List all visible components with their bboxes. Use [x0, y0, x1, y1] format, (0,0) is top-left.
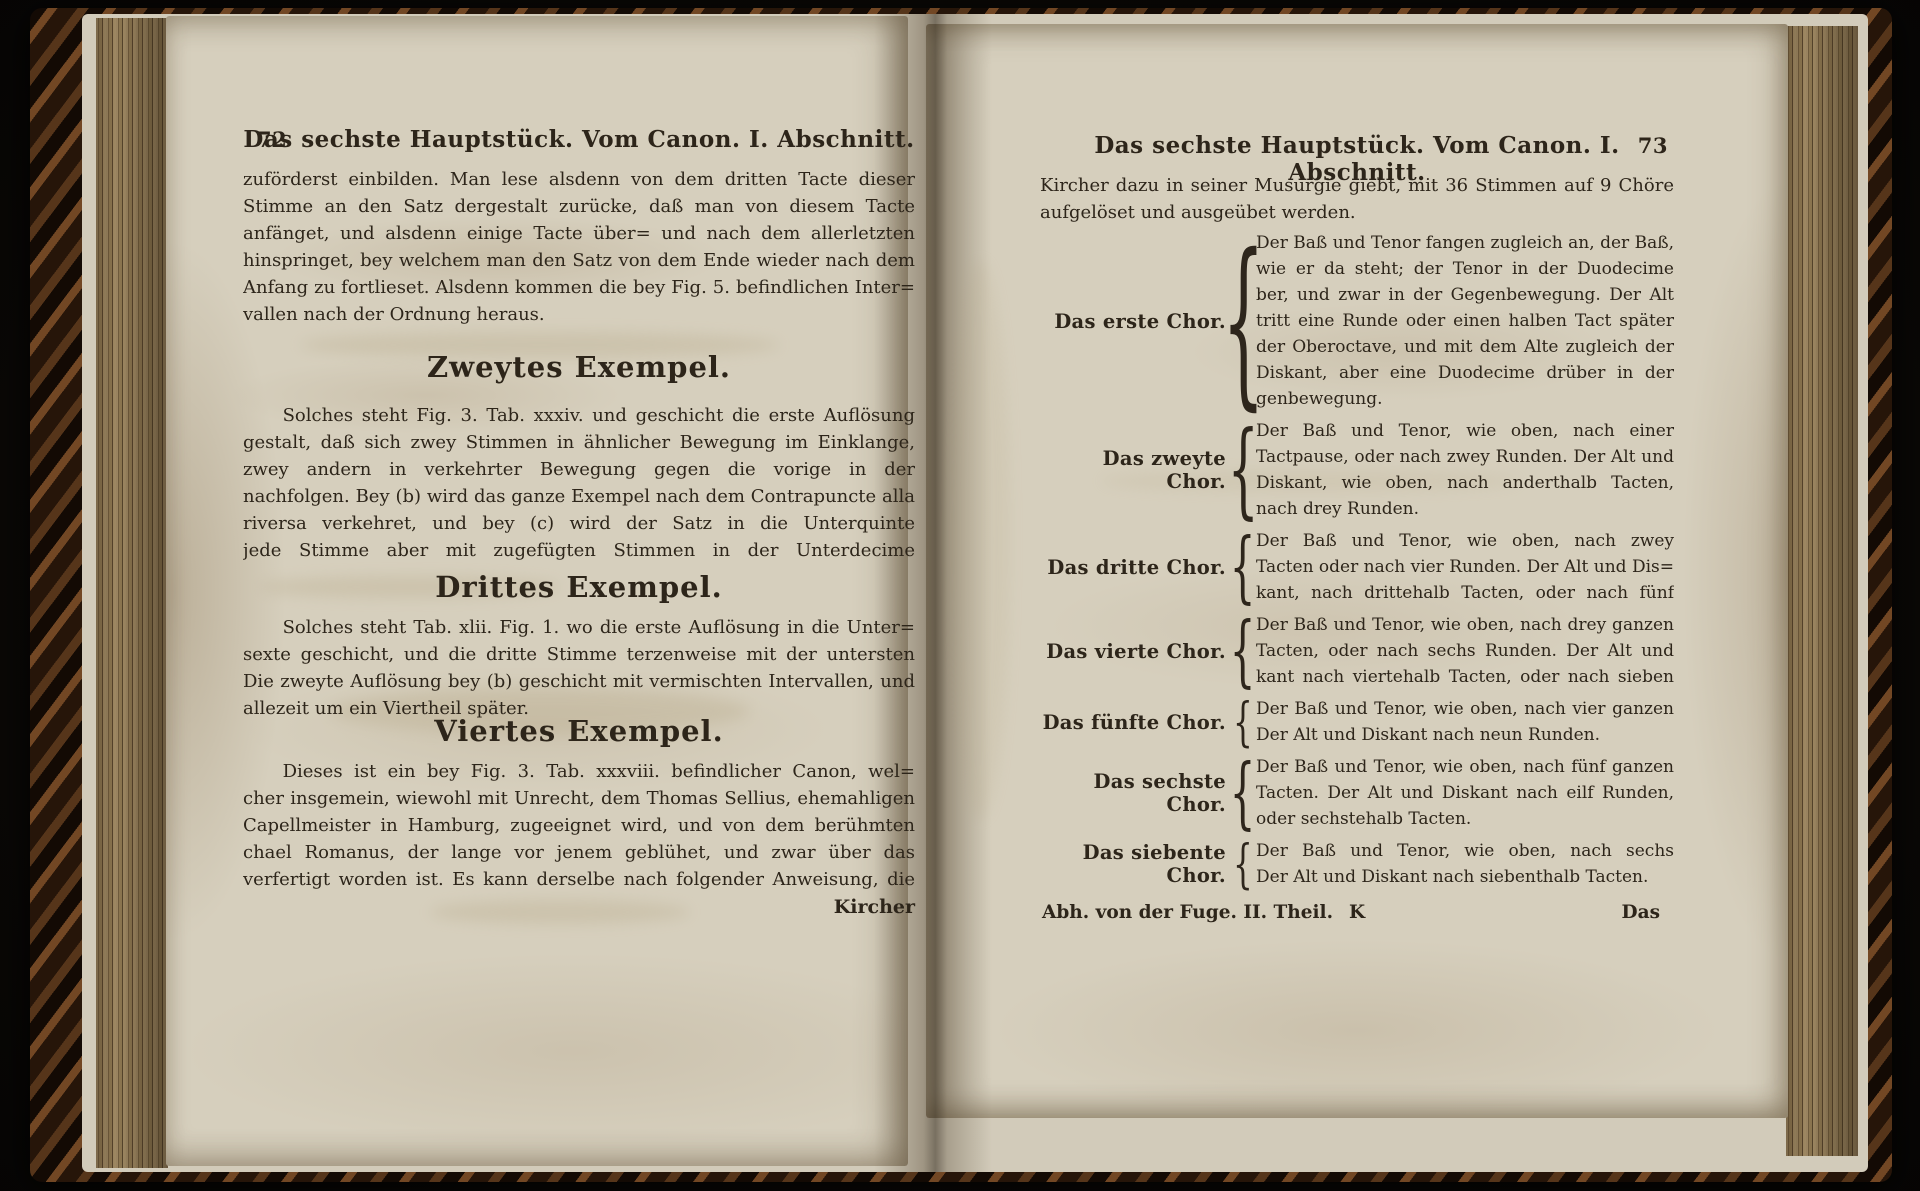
- text-line: Diskant, wie oben, nach anderthalb Tacte…: [1256, 470, 1674, 496]
- brace-icon: {: [1230, 530, 1256, 604]
- chor-label-4: Das vierte Chor.: [1040, 640, 1230, 663]
- text-line: anfänget, und alsdenn einige Tacte über=…: [243, 220, 915, 247]
- section-viertes-paragraph: Dieses ist ein bey Fig. 3. Tab. xxxviii.…: [243, 758, 915, 893]
- text-line: Tacten oder nach vier Runden. Der Alt un…: [1256, 554, 1674, 580]
- text-line: Solches steht Tab. xlii. Fig. 1. wo die …: [243, 614, 915, 641]
- text-line: sexte geschicht, und die dritte Stimme t…: [243, 641, 915, 668]
- text-line: wie er da steht; der Tenor in der Duodec…: [1256, 256, 1674, 282]
- text-line: Anfang zu fortlieset. Alsdenn kommen die…: [243, 274, 915, 301]
- text-line: kant nach viertehalb Tacten, oder nach s…: [1256, 664, 1674, 690]
- chor-table: Das erste Chor. { Der Baß und Tenor fang…: [1040, 230, 1674, 896]
- chor-text-3: Der Baß und Tenor, wie oben, nach zwey g…: [1256, 528, 1674, 606]
- text-line: Stimme an den Satz dergestalt zurücke, d…: [243, 193, 915, 220]
- text-line: nachfolgen. Bey (b) wird das ganze Exemp…: [243, 483, 915, 510]
- text-line: Diskant, aber eine Duodecime drüber in d…: [1256, 360, 1674, 386]
- text-line: hinspringet, bey welchem man den Satz vo…: [243, 247, 915, 274]
- page-edges-right: [1786, 26, 1858, 1156]
- text-line: chael Romanus, der lange vor jenem geblü…: [243, 839, 915, 866]
- text-line: cher insgemein, wiewohl mit Unrecht, dem…: [243, 785, 915, 812]
- text-line: genbewegung.: [1256, 386, 1674, 412]
- brace-icon: {: [1230, 237, 1256, 405]
- chor-label-5: Das fünfte Chor.: [1040, 711, 1230, 734]
- text-line: verfertigt worden ist. Es kann derselbe …: [243, 866, 915, 893]
- right-page-text-column: Das sechste Hauptstück. Vom Canon. I. Ab…: [1040, 0, 1674, 54]
- chor-label-3: Das dritte Chor.: [1040, 556, 1230, 579]
- chor-text-7: Der Baß und Tenor, wie oben, nach sechs …: [1256, 838, 1674, 890]
- text-line: riversa verkehret, und bey (c) wird der …: [243, 510, 915, 537]
- text-line: Tacten, oder nach sechs Runden. Der Alt …: [1256, 638, 1674, 664]
- footer-volume-title: Abh. von der Fuge. II. Theil.: [1042, 902, 1333, 923]
- chor-label-6: Das sechste Chor.: [1040, 770, 1230, 816]
- footer-signature-mark: K: [1349, 902, 1365, 923]
- text-line: Der Baß und Tenor, wie oben, nach vier g…: [1256, 696, 1674, 722]
- chor-row-6: Das sechste Chor. { Der Baß und Tenor, w…: [1040, 754, 1674, 832]
- brace-icon: {: [1230, 614, 1256, 688]
- chor-text-6: Der Baß und Tenor, wie oben, nach fünf g…: [1256, 754, 1674, 832]
- text-line: Capellmeister in Hamburg, zugeeignet wir…: [243, 812, 915, 839]
- text-line: tritt eine Runde oder einen halben Tact …: [1256, 308, 1674, 334]
- text-line: vallen nach der Ordnung heraus.: [243, 301, 915, 328]
- section-heading-drittes: Drittes Exempel.: [243, 570, 915, 604]
- text-line: Kircher dazu in seiner Musurgie giebt, m…: [1040, 172, 1674, 199]
- text-line: jede Stimme aber mit zugefügten Stimmen …: [243, 537, 915, 564]
- text-line: zwey andern in verkehrter Bewegung gegen…: [243, 456, 915, 483]
- text-line: Der Baß und Tenor, wie oben, nach drey g…: [1256, 612, 1674, 638]
- text-line: aufgelöset und ausgeübet werden.: [1040, 199, 1674, 226]
- brace-icon: {: [1230, 421, 1256, 519]
- chor-text-1: Der Baß und Tenor fangen zugleich an, de…: [1256, 230, 1674, 412]
- chor-text-4: Der Baß und Tenor, wie oben, nach drey g…: [1256, 612, 1674, 690]
- left-running-title: Das sechste Hauptstück. Vom Canon. I. Ab…: [243, 126, 914, 153]
- page-edges-left: [96, 18, 168, 1168]
- text-line: Tactpause, oder nach zwey Runden. Der Al…: [1256, 444, 1674, 470]
- section-heading-viertes: Viertes Exempel.: [243, 714, 915, 748]
- brace-icon: {: [1230, 839, 1256, 889]
- text-line: ber, und zwar in der Gegenbewegung. Der …: [1256, 282, 1674, 308]
- left-page-text-column: 72 Das sechste Hauptstück. Vom Canon. I.…: [243, 0, 915, 27]
- text-line: der Oberoctave, und mit dem Alte zugleic…: [1256, 334, 1674, 360]
- brace-icon: {: [1230, 756, 1256, 830]
- section-drittes-paragraph: Solches steht Tab. xlii. Fig. 1. wo die …: [243, 614, 915, 722]
- chor-row-2: Das zweyte Chor. { Der Baß und Tenor, wi…: [1040, 418, 1674, 522]
- section-heading-zweytes: Zweytes Exempel.: [243, 350, 915, 384]
- chor-row-7: Das siebente Chor. { Der Baß und Tenor, …: [1040, 838, 1674, 890]
- text-line: Der Baß und Tenor, wie oben, nach einer …: [1256, 418, 1674, 444]
- text-line: Dieses ist ein bey Fig. 3. Tab. xxxviii.…: [243, 758, 915, 785]
- right-page-number: 73: [1638, 133, 1668, 158]
- section-zweytes-paragraph: Solches steht Fig. 3. Tab. xxxiv. und ge…: [243, 402, 915, 564]
- right-intro-paragraph: Kircher dazu in seiner Musurgie giebt, m…: [1040, 172, 1674, 226]
- left-running-head: 72 Das sechste Hauptstück. Vom Canon. I.…: [243, 126, 915, 153]
- chor-text-5: Der Baß und Tenor, wie oben, nach vier g…: [1256, 696, 1674, 748]
- brace-icon: {: [1230, 697, 1256, 747]
- text-line: kant, nach drittehalb Tacten, oder nach …: [1256, 580, 1674, 606]
- chor-label-2: Das zweyte Chor.: [1040, 447, 1230, 493]
- left-catchword: Kircher: [243, 896, 927, 918]
- text-line: Der Baß und Tenor, wie oben, nach fünf g…: [1256, 754, 1674, 780]
- text-line: nach drey Runden.: [1256, 496, 1674, 522]
- chor-label-1: Das erste Chor.: [1040, 310, 1230, 333]
- text-line: oder sechstehalb Tacten.: [1256, 806, 1674, 832]
- text-line: gestalt, daß sich zwey Stimmen in ähnlic…: [243, 429, 915, 456]
- right-catchword: Das: [1622, 902, 1660, 923]
- chor-row-3: Das dritte Chor. { Der Baß und Tenor, wi…: [1040, 528, 1674, 606]
- text-line: Der Alt und Diskant nach neun Runden.: [1256, 722, 1674, 748]
- chor-row-4: Das vierte Chor. { Der Baß und Tenor, wi…: [1040, 612, 1674, 690]
- left-paragraph-1: zuförderst einbilden. Man lese alsdenn v…: [243, 166, 915, 328]
- chor-text-2: Der Baß und Tenor, wie oben, nach einer …: [1256, 418, 1674, 522]
- chor-row-1: Das erste Chor. { Der Baß und Tenor fang…: [1040, 230, 1674, 412]
- chor-row-5: Das fünfte Chor. { Der Baß und Tenor, wi…: [1040, 696, 1674, 748]
- text-line: Die zweyte Auflösung bey (b) geschicht m…: [243, 668, 915, 695]
- text-line: Solches steht Fig. 3. Tab. xxxiv. und ge…: [243, 402, 915, 429]
- left-page-number: 72: [257, 127, 287, 152]
- text-line: Der Baß und Tenor fangen zugleich an, de…: [1256, 230, 1674, 256]
- paper-stain: [950, 260, 1010, 820]
- text-line: Der Baß und Tenor, wie oben, nach sechs …: [1256, 838, 1674, 864]
- text-line: zuförderst einbilden. Man lese alsdenn v…: [243, 166, 915, 193]
- text-line: Der Baß und Tenor, wie oben, nach zwey g…: [1256, 528, 1674, 554]
- chor-label-7: Das siebente Chor.: [1040, 841, 1230, 887]
- text-line: Tacten. Der Alt und Diskant nach eilf Ru…: [1256, 780, 1674, 806]
- photo-background: 72 Das sechste Hauptstück. Vom Canon. I.…: [0, 0, 1920, 1191]
- text-line: Der Alt und Diskant nach siebenthalb Tac…: [1256, 864, 1674, 890]
